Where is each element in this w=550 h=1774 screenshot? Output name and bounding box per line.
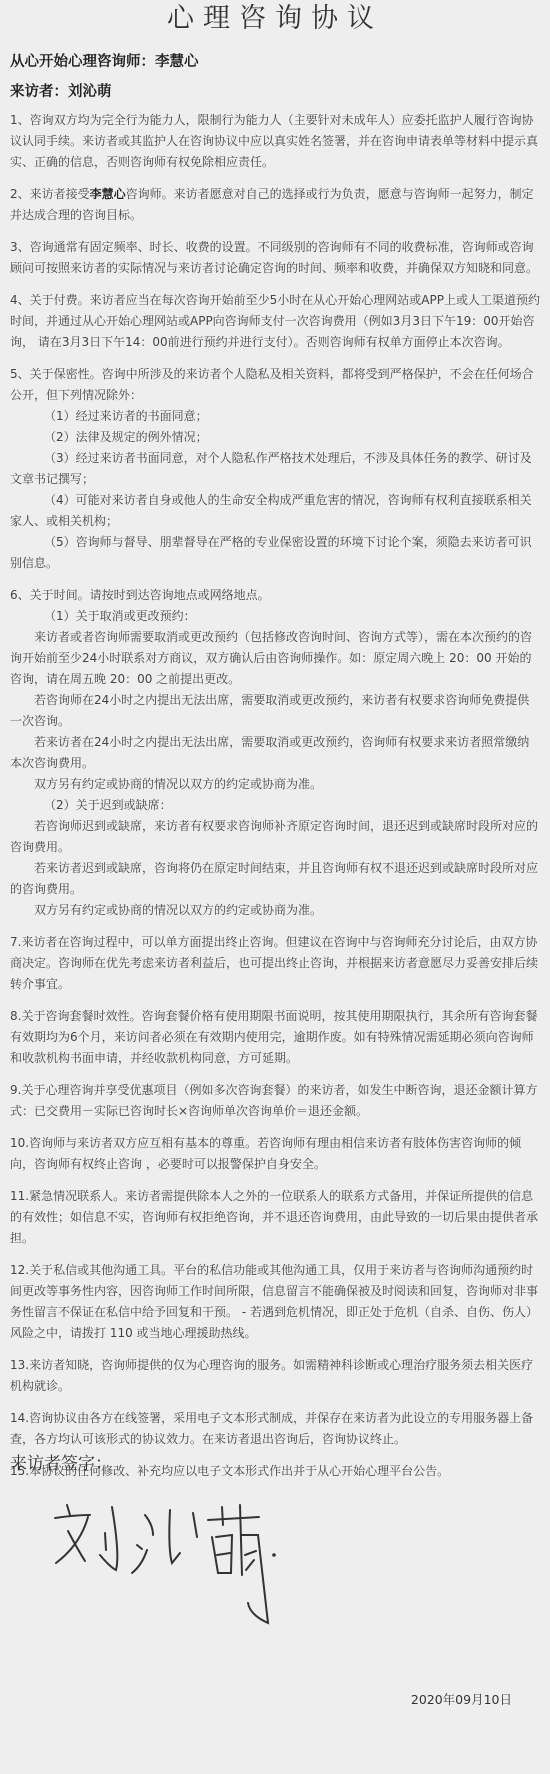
clause-5-item: （3）经过来访者书面同意，对个人隐私作严格技术处理后，不涉及具体任务的教学、研讨… [10, 448, 540, 490]
clause-6-intro: 6、关于时间。请按时到达咨询地点或网络地点。 [10, 585, 540, 606]
clause-8: 8.关于咨询套餐时效性。咨询套餐价格有使用期限书面说明，按其使用期限执行，其余所… [10, 1006, 540, 1069]
clause-5: 5、关于保密性。咨询中所涉及的来访者个人隐私及相关资料，都将受到严格保护，不会在… [10, 364, 540, 574]
clause-9: 9.关于心理咨询并享受优惠项目（例如多次咨询套餐）的来访者，如发生中断咨询，退还… [10, 1080, 540, 1122]
clause-6-sub2-line: 若来访者迟到或缺席，咨询将仍在原定时间结束，并且咨询师有权不退还迟到或缺席时段所… [10, 858, 540, 900]
clause-6-sub1-line: 若咨询师在24小时之内提出无法出席，需要取消或更改预约，来访者有权要求咨询师免费… [10, 690, 540, 732]
clause-6-sub2-title: （2）关于迟到或缺席： [10, 795, 540, 816]
clause-5-item: （5）咨询师与督导、朋辈督导在严格的专业保密设置的环境下讨论个案，须隐去来访者可… [10, 532, 540, 574]
counselor-line: 从心开始心理咨询师：李慧心 [10, 50, 199, 71]
agreement-body: 1、咨询双方均为完全行为能力人，限制行为能力人（主要针对未成年人）应委托监护人履… [10, 110, 540, 1493]
clause-11: 11.紧急情况联系人。来访者需提供除本人之外的一位联系人的联系方式备用，并保证所… [10, 1186, 540, 1249]
clause-1: 1、咨询双方均为完全行为能力人，限制行为能力人（主要针对未成年人）应委托监护人履… [10, 110, 540, 173]
clause-6-sub2-line: 若咨询师迟到或缺席，来访者有权要求咨询师补齐原定咨询时间，退还迟到或缺席时段所对… [10, 816, 540, 858]
clause-6: 6、关于时间。请按时到达咨询地点或网络地点。 （1）关于取消或更改预约： 来访者… [10, 585, 540, 921]
clause-2: 2、来访者接受李慧心咨询师。来访者愿意对自己的选择或行为负责，愿意与咨询师一起努… [10, 184, 540, 226]
clause-5-item: （4）可能对来访者自身或他人的生命安全构成严重危害的情况，咨询师有权利直接联系相… [10, 490, 540, 532]
agreement-page: 心理咨询协议 从心开始心理咨询师：李慧心 来访者：刘沁萌 1、咨询双方均为完全行… [0, 0, 550, 1774]
clause-14: 14.咨询协议由各方在线签署，采用电子文本形式制成，并保存在来访者为此设立的专用… [10, 1408, 540, 1450]
clause-2-counselor-name: 李慧心 [90, 187, 126, 201]
clause-6-sub1-title: （1）关于取消或更改预约： [10, 606, 540, 627]
handwritten-signature [50, 1495, 290, 1635]
visitor-label: 来访者： [10, 84, 68, 100]
clause-5-item: （1）经过来访者的书面同意； [10, 406, 540, 427]
clause-10: 10.咨询师与来访者双方应互相有基本的尊重。若咨询师有理由相信来访者有肢体伤害咨… [10, 1133, 540, 1175]
clause-6-sub2-line: 双方另有约定或协商的情况以双方的约定或协商为准。 [10, 900, 540, 921]
clause-3: 3、咨询通常有固定频率、时长、收费的设置。不同级别的咨询师有不同的收费标准，咨询… [10, 237, 540, 279]
clause-2-pre: 2、来访者接受 [10, 187, 90, 201]
clause-6-sub1-line: 来访者或者咨询师需要取消或更改预约（包括修改咨询时间、咨询方式等），需在本次预约… [10, 627, 540, 690]
clause-7: 7.来访者在咨询过程中，可以单方面提出终止咨询。但建议在咨询中与咨询师充分讨论后… [10, 932, 540, 995]
counselor-label: 从心开始心理咨询师： [10, 54, 155, 70]
clause-5-intro: 5、关于保密性。咨询中所涉及的来访者个人隐私及相关资料，都将受到严格保护，不会在… [10, 364, 540, 406]
visitor-line: 来访者：刘沁萌 [10, 80, 112, 101]
clause-6-sub1-line: 若来访者在24小时之内提出无法出席，需要取消或更改预约，咨询师有权要求来访者照常… [10, 732, 540, 774]
signature-date: 2020年09月10日 [411, 1690, 512, 1708]
clause-5-item: （2）法律及规定的例外情况； [10, 427, 540, 448]
clause-13: 13.来访者知晓，咨询师提供的仅为心理咨询的服务。如需精神科诊断或心理治疗服务须… [10, 1355, 540, 1397]
signature-label: 来访者签字： [10, 1449, 112, 1474]
counselor-name: 李慧心 [155, 54, 199, 70]
clause-4: 4、关于付费。来访者应当在每次咨询开始前至少5小时在从心开始心理网站或APP上或… [10, 290, 540, 353]
clause-12: 12.关于私信或其他沟通工具。平台的私信功能或其他沟通工具，仅用于来访者与咨询师… [10, 1260, 540, 1344]
visitor-name: 刘沁萌 [68, 84, 112, 100]
page-title: 心理咨询协议 [0, 2, 550, 36]
clause-6-sub1-line: 双方另有约定或协商的情况以双方的约定或协商为准。 [10, 774, 540, 795]
